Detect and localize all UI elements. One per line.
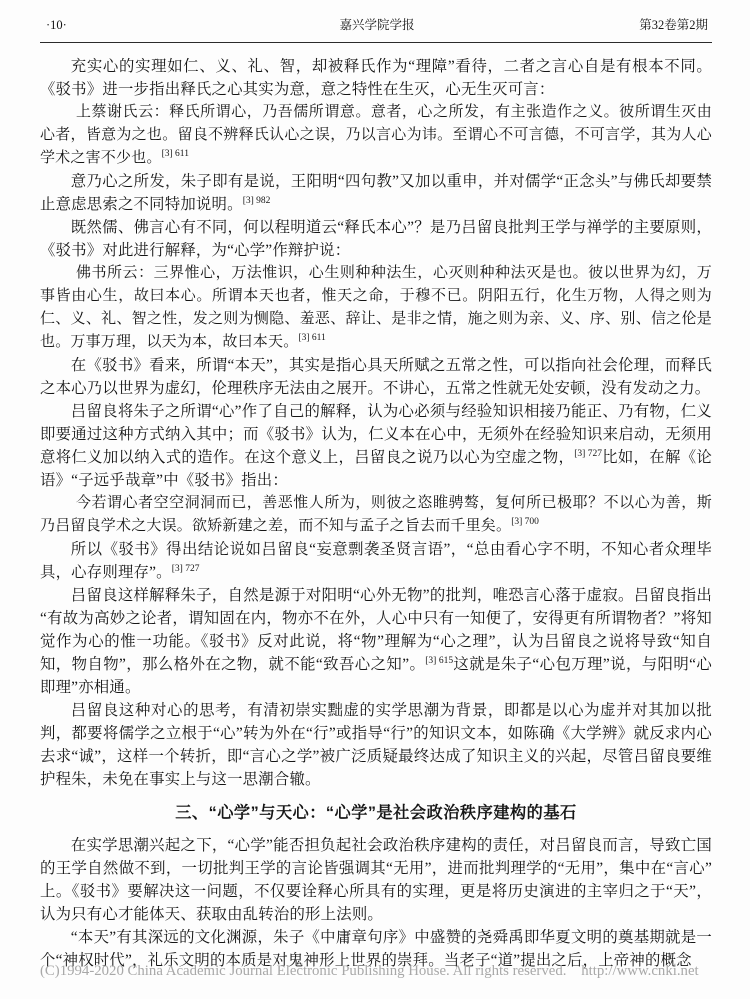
text-run: 吕留良这种对心的思考，有清初崇实黜虚的实学思潮为背景，即都是以心为虚并对其加以批… (40, 702, 712, 788)
journal-title: 嘉兴学院学报 (267, 15, 488, 33)
citation-ref: [3] 727 (574, 449, 602, 459)
text-run: 意乃心之所发，朱子即有是说，王阳明“四句教”又加以重申，并对儒学“正念头”与佛氏… (40, 173, 712, 213)
text-run: 既然儒、佛言心有不同，何以程明道云“释氏本心”？是乃吕留良批判王学与禅学的主要原… (40, 219, 712, 259)
text-run: “本天”有其深远的文化渊源，朱子《中庸章句序》中盛赞的尧舜禹即华夏文明的奠基期就… (40, 929, 712, 969)
paragraph: 在《驳书》看来，所谓“本天”，其实是指心具天所赋之五常之性，可以指向社会伦理，而… (40, 354, 712, 400)
paragraph: 所以《驳书》得出结论说如吕留良“妄意剽袭圣贤言语”，“总由看心字不明，不知心者众… (40, 538, 712, 584)
text-run: 今若谓心者空空洞洞而已，善恶惟人所为，则彼之恣睢骋骜，复何所已极耶？不以心为善，… (40, 495, 712, 534)
text-run: 在实学思潮兴起之下，“心学”能否担负起社会政治秩序建构的责任，对吕留良而言，导致… (40, 837, 712, 923)
paragraph: 吕留良这种对心的思考，有清初崇实黜虚的实学思潮为背景，即都是以心为虚并对其加以批… (40, 699, 712, 791)
citation-ref: [3] 727 (172, 564, 200, 574)
text-run: 三、“心学”与天心：“心学”是社会政治秩序建构的基石 (175, 804, 577, 822)
text-run: 所以《驳书》得出结论说如吕留良“妄意剽袭圣贤言语”，“总由看心字不明，不知心者众… (40, 541, 712, 581)
paragraph: “本天”有其深远的文化渊源，朱子《中庸章句序》中盛赞的尧舜禹即华夏文明的奠基期就… (40, 926, 712, 972)
citation-ref: [3] 615 (425, 656, 453, 666)
citation-ref: [3] 982 (243, 196, 271, 206)
text-run: 佛书所云：三界惟心，万法惟识，心生则种种法生，心灭则种种法灭是也。彼以世界为幻，… (40, 265, 712, 350)
section-heading: 三、“心学”与天心：“心学”是社会政治秩序建构的基石 (40, 802, 712, 825)
page-number: ·10· (46, 18, 267, 33)
journal-page: ·10· 嘉兴学院学报 第32卷第2期 充实心的实理如仁、义、礼、智，却被释氏作… (0, 0, 750, 999)
text-run: 上蔡谢氏云：释氏所谓心，乃吾儒所谓意。意者，心之所发，有主张造作之义。彼所谓生灭… (40, 104, 712, 166)
block-quote: 今若谓心者空空洞洞而已，善恶惟人所为，则彼之恣睢骋骜，复何所已极耶？不以心为善，… (40, 492, 712, 538)
text-run: 充实心的实理如仁、义、礼、智，却被释氏作为“理障”看待，二者之言心自是有根本不同… (40, 58, 712, 98)
paragraph: 吕留良将朱子之所谓“心”作了自己的解释，认为心必须与经验知识相接乃能正、乃有物，… (40, 400, 712, 492)
citation-ref: [3] 611 (298, 333, 325, 343)
volume-issue: 第32卷第2期 (487, 15, 708, 33)
paragraph: 意乃心之所发，朱子即有是说，王阳明“四句教”又加以重申，并对儒学“正念头”与佛氏… (40, 170, 712, 216)
paragraph: 在实学思潮兴起之下，“心学”能否担负起社会政治秩序建构的责任，对吕留良而言，导致… (40, 834, 712, 926)
block-quote: 佛书所云：三界惟心，万法惟识，心生则种种法生，心灭则种种法灭是也。彼以世界为幻，… (40, 262, 712, 354)
block-quote: 上蔡谢氏云：释氏所谓心，乃吾儒所谓意。意者，心之所发，有主张造作之义。彼所谓生灭… (40, 101, 712, 170)
article-body: 充实心的实理如仁、义、礼、智，却被释氏作为“理障”看待，二者之言心自是有根本不同… (40, 55, 712, 972)
text-run: 在《驳书》看来，所谓“本天”，其实是指心具天所赋之五常之性，可以指向社会伦理，而… (40, 357, 712, 397)
page-header: ·10· 嘉兴学院学报 第32卷第2期 (40, 15, 712, 43)
citation-ref: [3] 700 (511, 517, 539, 527)
paragraph: 充实心的实理如仁、义、礼、智，却被释氏作为“理障”看待，二者之言心自是有根本不同… (40, 55, 712, 101)
paragraph: 既然儒、佛言心有不同，何以程明道云“释氏本心”？是乃吕留良批判王学与禅学的主要原… (40, 216, 712, 262)
paragraph: 吕留良这样解释朱子，自然是源于对阳明“心外无物”的批判，唯恐言心落于虚寂。吕留良… (40, 584, 712, 699)
citation-ref: [3] 611 (162, 149, 189, 159)
